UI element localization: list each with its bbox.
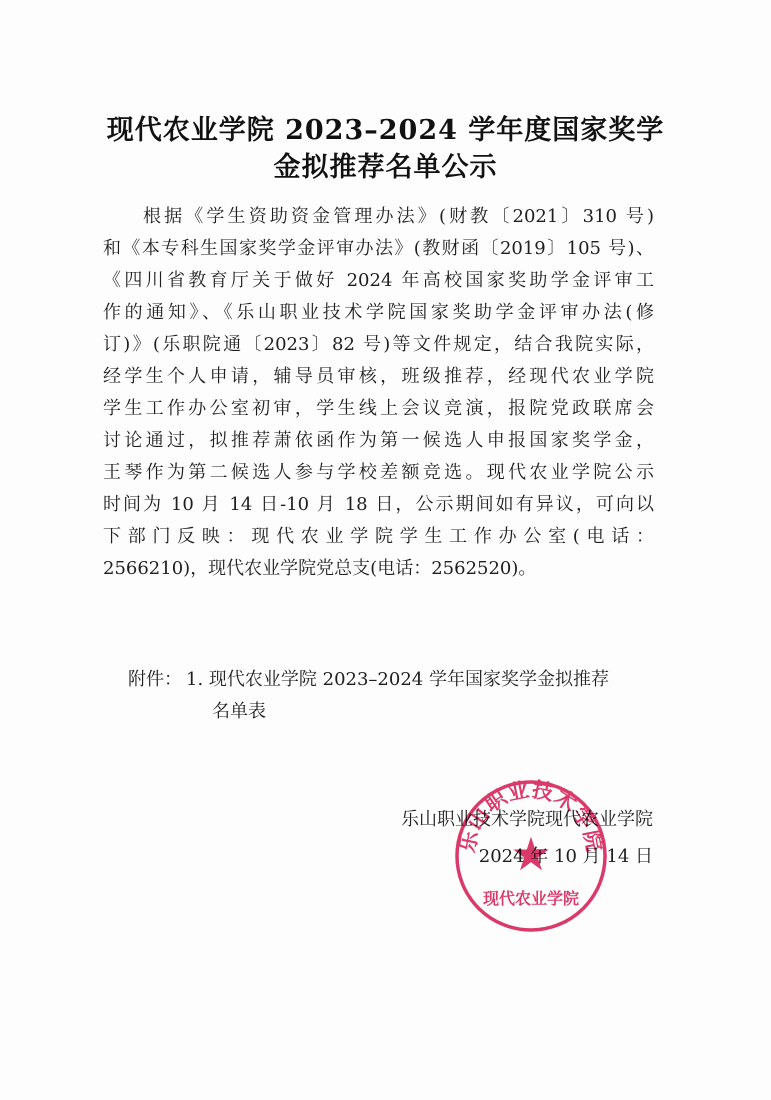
official-seal-stamp: 乐山职业技术学院 ★ 现代农业学院 (453, 778, 609, 934)
body-line: 下部门反映：现代农业学院学生工作办公室(电话： (103, 525, 654, 549)
body-line: 2566210)，现代农业学院党总支(电话：2562520)。 (103, 557, 654, 581)
attachment-item-1-continued: 名单表 (212, 700, 266, 724)
attachment-label: 附件： (128, 668, 182, 692)
body-line: 王琴作为第二候选人参与学校差额竞选。现代农业学院公示 (103, 461, 654, 485)
body-line: 时间为 10 月 14 日-10 月 18 日，公示期间如有异议，可向以 (103, 493, 654, 517)
body-line: 讨论通过，拟推荐萧依函作为第一候选人申报国家奖学金， (103, 429, 654, 453)
stamp-star-icon: ★ (510, 827, 551, 881)
body-line: 作的通知》、《乐山职业技术学院国家奖助学金评审办法(修 (103, 301, 654, 325)
body-line: 和《本专科生国家奖学金评审办法》(教财函〔2019〕105 号)、 (103, 237, 654, 261)
body-line: 《四川省教育厅关于做好 2024 年高校国家奖助学金评审工 (103, 269, 654, 293)
document-title-line-1: 现代农业学院 2023–2024 学年度国家奖学 (0, 108, 771, 147)
stamp-bottom-text: 现代农业学院 (482, 889, 579, 908)
attachment-item-1: 1. 现代农业学院 2023–2024 学年国家奖学金拟推荐 (186, 668, 609, 692)
body-line: 学生工作办公室初审，学生线上会议竞演，报院党政联席会 (103, 397, 654, 421)
document-title-line-2: 金拟推荐名单公示 (0, 145, 771, 184)
body-line: 经学生个人申请，辅导员审核，班级推荐，经现代农业学院 (103, 365, 654, 389)
body-line: 根据《学生资助资金管理办法》(财教〔2021〕310 号) (143, 205, 654, 229)
document-page: 现代农业学院 2023–2024 学年度国家奖学 金拟推荐名单公示 根据《学生资… (0, 0, 771, 1100)
body-line: 订)》(乐职院通〔2023〕82 号)等文件规定，结合我院实际， (103, 333, 654, 357)
